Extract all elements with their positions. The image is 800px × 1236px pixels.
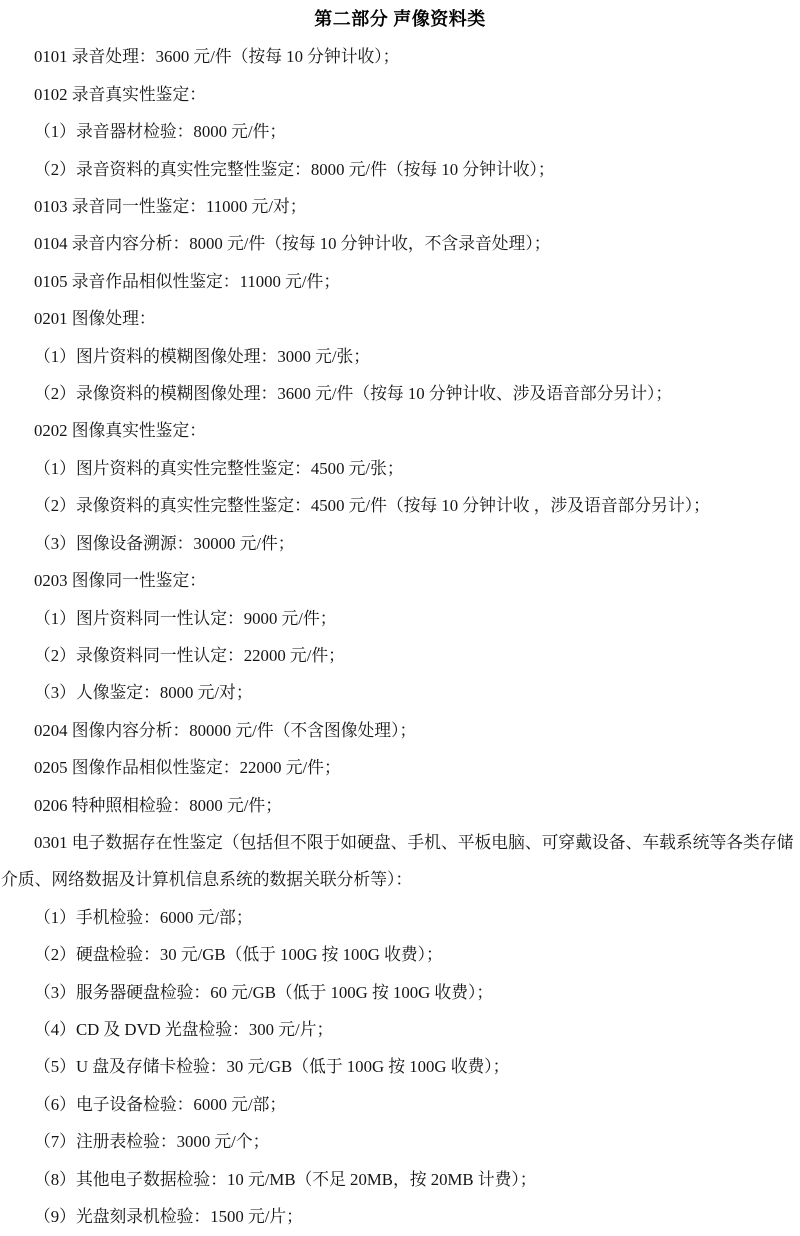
price-line: 0202 图像真实性鉴定：: [0, 412, 800, 449]
price-line: （2）录像资料同一性认定：22000 元/件；: [0, 637, 800, 674]
price-line: （3）服务器硬盘检验：60 元/GB（低于 100G 按 100G 收费）；: [0, 974, 800, 1011]
price-line: 0104 录音内容分析：8000 元/件（按每 10 分钟计收，不含录音处理）；: [0, 225, 800, 262]
price-line: （1）手机检验：6000 元/部；: [0, 899, 800, 936]
page-title: 第二部分 声像资料类: [0, 1, 800, 38]
price-line: 介质、网络数据及计算机信息系统的数据关联分析等）：: [0, 861, 800, 898]
document-page: 第二部分 声像资料类 0101 录音处理：3600 元/件（按每 10 分钟计收…: [0, 0, 800, 1236]
price-line: （2）录像资料的模糊图像处理：3600 元/件（按每 10 分钟计收、涉及语音部…: [0, 375, 800, 412]
document-body: 0101 录音处理：3600 元/件（按每 10 分钟计收）；0102 录音真实…: [0, 38, 800, 1235]
price-line: （5）U 盘及存储卡检验：30 元/GB（低于 100G 按 100G 收费）；: [0, 1048, 800, 1085]
price-line: 0203 图像同一性鉴定：: [0, 562, 800, 599]
price-line: 0102 录音真实性鉴定：: [0, 76, 800, 113]
price-line: 0301 电子数据存在性鉴定（包括但不限于如硬盘、手机、平板电脑、可穿戴设备、车…: [0, 824, 800, 861]
price-line: （7）注册表检验：3000 元/个；: [0, 1123, 800, 1160]
price-line: （3）图像设备溯源：30000 元/件；: [0, 525, 800, 562]
price-line: 0205 图像作品相似性鉴定：22000 元/件；: [0, 749, 800, 786]
price-line: （4）CD 及 DVD 光盘检验：300 元/片；: [0, 1011, 800, 1048]
price-line: （3）人像鉴定：8000 元/对；: [0, 674, 800, 711]
price-line: 0206 特种照相检验：8000 元/件；: [0, 787, 800, 824]
price-line: （8）其他电子数据检验：10 元/MB（不足 20MB，按 20MB 计费）；: [0, 1161, 800, 1198]
price-line: 0101 录音处理：3600 元/件（按每 10 分钟计收）；: [0, 38, 800, 75]
price-line: 0201 图像处理：: [0, 300, 800, 337]
price-line: 0105 录音作品相似性鉴定：11000 元/件；: [0, 263, 800, 300]
price-line: 0204 图像内容分析：80000 元/件（不含图像处理）；: [0, 712, 800, 749]
price-line: （1）图片资料同一性认定：9000 元/件；: [0, 600, 800, 637]
price-line: （9）光盘刻录机检验：1500 元/片；: [0, 1198, 800, 1235]
price-line: （2）录音资料的真实性完整性鉴定：8000 元/件（按每 10 分钟计收）；: [0, 151, 800, 188]
price-line: （1）录音器材检验：8000 元/件；: [0, 113, 800, 150]
price-line: （1）图片资料的模糊图像处理：3000 元/张；: [0, 338, 800, 375]
price-line: （2）硬盘检验：30 元/GB（低于 100G 按 100G 收费）；: [0, 936, 800, 973]
price-line: （1）图片资料的真实性完整性鉴定：4500 元/张；: [0, 450, 800, 487]
price-line: 0103 录音同一性鉴定：11000 元/对；: [0, 188, 800, 225]
price-line: （2）录像资料的真实性完整性鉴定：4500 元/件（按每 10 分钟计收 ，涉及…: [0, 487, 800, 524]
price-line: （6）电子设备检验：6000 元/部；: [0, 1086, 800, 1123]
